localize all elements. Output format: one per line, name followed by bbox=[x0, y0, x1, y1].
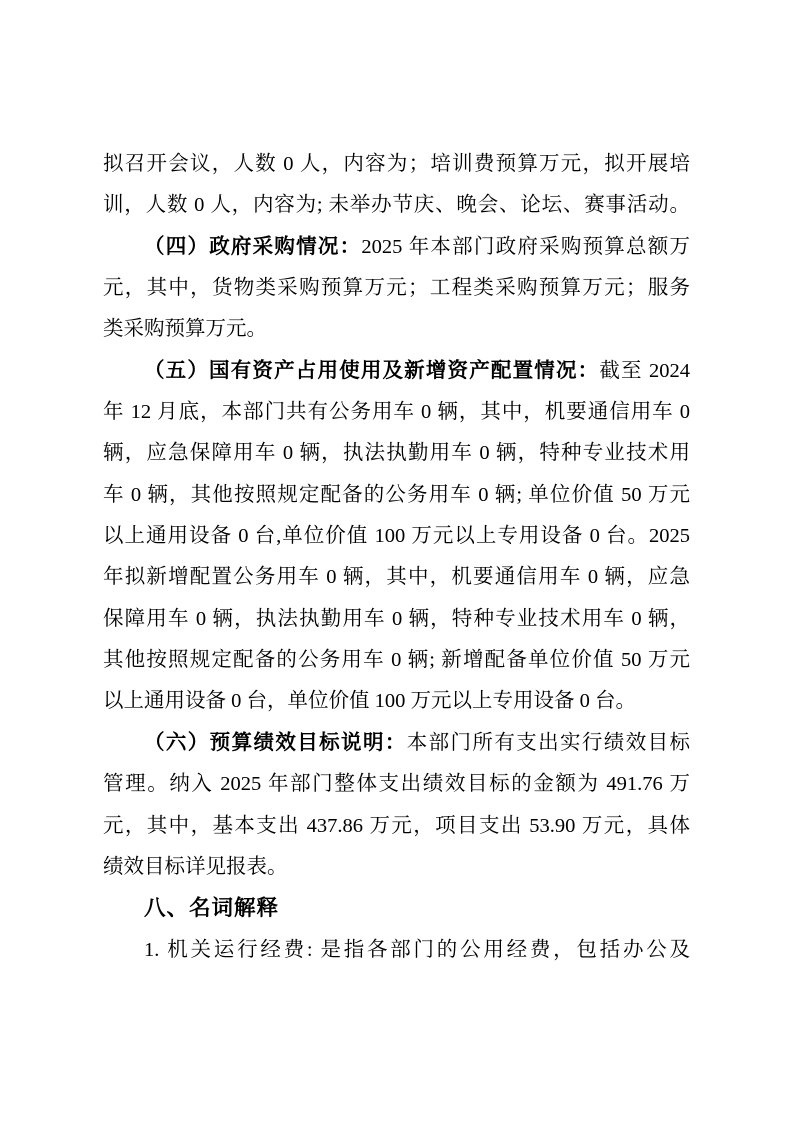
section-6-line-1: （六）预算绩效目标说明：本部门所有支出实行绩效目标 bbox=[103, 723, 690, 764]
section-5-line-9: 以上通用设备 0 台，单位价值 100 万元以上专用设备 0 台。 bbox=[103, 681, 690, 722]
text-run: 1. 机关运行经费: 是指各部门的公用经费，包括办公及 bbox=[144, 939, 690, 961]
section-4-line-2: 元，其中，货物类采购预算万元；工程类采购预算万元；服务 bbox=[103, 268, 690, 309]
text-run: 车 0 辆，其他按照规定配备的公务用车 0 辆; 单位价值 50 万元 bbox=[103, 484, 690, 506]
text-run: 绩效目标详见报表。 bbox=[103, 856, 288, 878]
text-run: 年拟新增配置公务用车 0 辆，其中，机要通信用车 0 辆，应急 bbox=[103, 566, 690, 588]
section-6-line-4: 绩效目标详见报表。 bbox=[103, 847, 690, 888]
glossary-item-1-line-1: 1. 机关运行经费: 是指各部门的公用经费，包括办公及 bbox=[103, 930, 690, 971]
text-run: 以上通用设备 0 台,单位价值 100 万元以上专用设备 0 台。2025 bbox=[103, 525, 690, 547]
section-5-line-8: 其他按照规定配备的公务用车 0 辆; 新增配备单位价值 50 万元 bbox=[103, 640, 690, 681]
text-run: 本部门所有支出实行绩效目标 bbox=[407, 732, 690, 754]
document-body: 拟召开会议，人数 0 人，内容为；培训费预算万元，拟开展培训，人数 0 人，内容… bbox=[103, 144, 690, 971]
text-run: 拟召开会议，人数 0 人，内容为；培训费预算万元，拟开展培 bbox=[103, 153, 690, 175]
section-5-line-1: （五）国有资产占用使用及新增资产配置情况：截至 2024 bbox=[103, 351, 690, 392]
text-run: 类采购预算万元。 bbox=[103, 318, 267, 340]
section-5-line-7: 保障用车 0 辆，执法执勤用车 0 辆，特种专业技术用车 0 辆， bbox=[103, 599, 690, 640]
text-run: 以上通用设备 0 台，单位价值 100 万元以上专用设备 0 台。 bbox=[103, 690, 636, 712]
section-5-line-3: 辆，应急保障用车 0 辆，执法执勤用车 0 辆，特种专业技术用 bbox=[103, 433, 690, 474]
text-run: 截至 2024 bbox=[599, 360, 690, 382]
text-run: 辆，应急保障用车 0 辆，执法执勤用车 0 辆，特种专业技术用 bbox=[103, 442, 690, 464]
document-page: 拟召开会议，人数 0 人，内容为；培训费预算万元，拟开展培训，人数 0 人，内容… bbox=[0, 0, 793, 1122]
section-5-line-2: 年 12 月底，本部门共有公务用车 0 辆，其中，机要通信用车 0 bbox=[103, 392, 690, 433]
text-run: 保障用车 0 辆，执法执勤用车 0 辆，特种专业技术用车 0 辆， bbox=[103, 608, 690, 630]
section-4-line-1: （四）政府采购情况：2025 年本部门政府采购预算总额万 bbox=[103, 227, 690, 268]
heading-text: 八、名词解释 bbox=[144, 896, 279, 920]
section-4-line-3: 类采购预算万元。 bbox=[103, 309, 690, 350]
text-run: 管理。纳入 2025 年部门整体支出绩效目标的金额为 491.76 万 bbox=[103, 773, 690, 795]
section-5-line-5: 以上通用设备 0 台,单位价值 100 万元以上专用设备 0 台。2025 bbox=[103, 516, 690, 557]
text-run: 元，其中，基本支出 437.86 万元，项目支出 53.90 万元，具体 bbox=[103, 815, 690, 837]
text-run: 训，人数 0 人，内容为; 未举办节庆、晚会、论坛、赛事活动。 bbox=[103, 194, 690, 216]
bold-section-label: （五）国有资产占用使用及新增资产配置情况： bbox=[144, 360, 599, 382]
para-continuation-line-1: 拟召开会议，人数 0 人，内容为；培训费预算万元，拟开展培 bbox=[103, 144, 690, 185]
bold-section-label: （六）预算绩效目标说明： bbox=[144, 732, 407, 754]
section-8-heading: 八、名词解释 bbox=[103, 888, 690, 929]
para-continuation-line-2: 训，人数 0 人，内容为; 未举办节庆、晚会、论坛、赛事活动。 bbox=[103, 185, 690, 226]
section-5-line-4: 车 0 辆，其他按照规定配备的公务用车 0 辆; 单位价值 50 万元 bbox=[103, 475, 690, 516]
text-run: 2025 年本部门政府采购预算总额万 bbox=[361, 236, 690, 258]
text-run: 年 12 月底，本部门共有公务用车 0 辆，其中，机要通信用车 0 bbox=[103, 401, 690, 423]
section-6-line-2: 管理。纳入 2025 年部门整体支出绩效目标的金额为 491.76 万 bbox=[103, 764, 690, 805]
text-run: 其他按照规定配备的公务用车 0 辆; 新增配备单位价值 50 万元 bbox=[103, 649, 690, 671]
section-5-line-6: 年拟新增配置公务用车 0 辆，其中，机要通信用车 0 辆，应急 bbox=[103, 557, 690, 598]
text-run: 元，其中，货物类采购预算万元；工程类采购预算万元；服务 bbox=[103, 277, 690, 299]
section-6-line-3: 元，其中，基本支出 437.86 万元，项目支出 53.90 万元，具体 bbox=[103, 806, 690, 847]
bold-section-label: （四）政府采购情况： bbox=[144, 236, 361, 258]
